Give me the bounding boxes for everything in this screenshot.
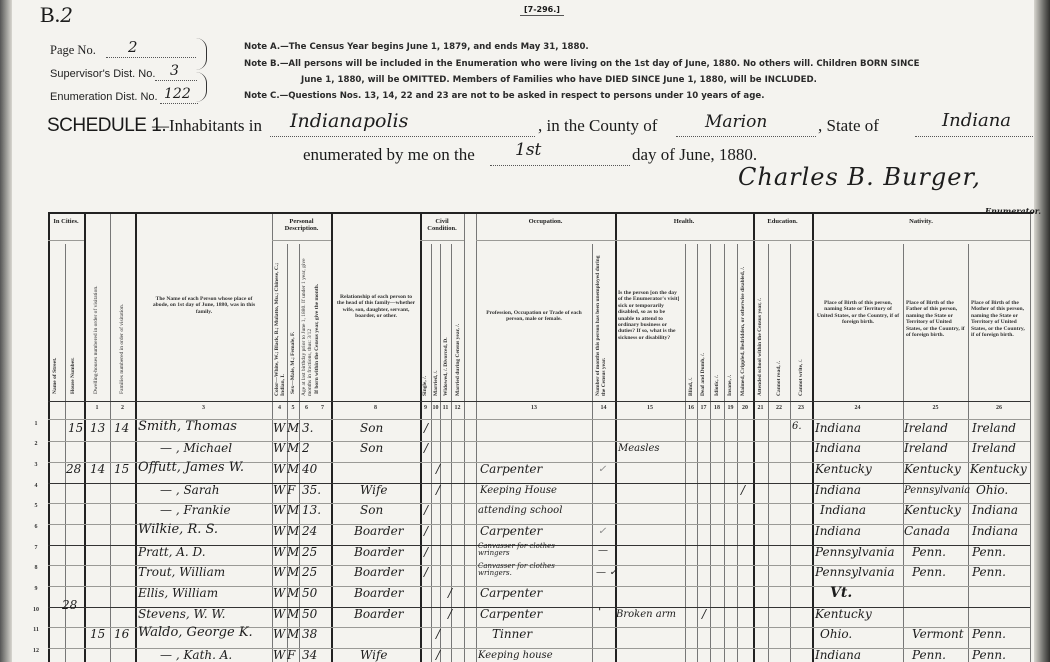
cell-age: 50 xyxy=(302,586,317,600)
colnum-15: 15 xyxy=(615,405,685,411)
note-a: Note A.—The Census Year begins June 1, 1… xyxy=(244,42,589,52)
cell-sex: M xyxy=(287,441,299,455)
cell-age: 25 xyxy=(302,565,317,579)
cell-birthplace: Kentucky xyxy=(815,607,872,621)
corner-letter: B. xyxy=(40,2,60,27)
header-birthplace: Place of Birth of this person, naming St… xyxy=(816,300,900,326)
cell-age: 25 xyxy=(302,545,317,559)
cell-name: Waldo, George K. xyxy=(138,625,253,640)
colnum-8: 8 xyxy=(331,405,420,411)
header-dwelling: Dwelling-houses numbered in order of vis… xyxy=(93,254,99,394)
cell-married: / xyxy=(436,627,440,641)
cell-sex: M xyxy=(287,586,299,600)
header-age: Age at last birthday prior to June 1, 18… xyxy=(301,246,313,396)
cell-mother-birthplace: Ireland xyxy=(972,421,1016,435)
page-edge-left xyxy=(0,0,12,662)
enumeration-label: Enumeration Dist. No. xyxy=(50,91,158,103)
header-house: House Number. xyxy=(70,334,76,394)
cell-color: W xyxy=(273,462,285,476)
cell-color: W xyxy=(273,627,285,641)
supervisor-value: 3 xyxy=(170,63,179,79)
cell-unemployed: ' xyxy=(598,605,601,619)
cell-birthplace: Indiana xyxy=(820,503,866,517)
cell-unemployed: — xyxy=(598,545,608,556)
header-father-birthplace: Place of Birth of the Father of this per… xyxy=(906,300,966,338)
colnum-11: 11 xyxy=(440,405,451,411)
cell-occupation: Carpenter xyxy=(480,586,542,600)
cell-name: Ellis, William xyxy=(138,586,218,600)
cell-sex: F xyxy=(287,648,295,662)
cell-name: Wilkie, R. S. xyxy=(138,522,218,537)
colnum-16: 16 xyxy=(685,405,697,411)
line-number: 7 xyxy=(30,545,42,551)
header-deaf: Deaf and Dumb, /. xyxy=(700,334,706,396)
cell-birthplace: Pennsylvania xyxy=(815,565,895,579)
cell-house: 28 xyxy=(62,598,77,612)
cell-mother-birthplace: Penn. xyxy=(972,565,1006,579)
line-number: 3 xyxy=(30,462,42,468)
cell-birthplace: Ohio. xyxy=(820,627,852,641)
cell-age: 35. xyxy=(302,483,321,497)
cell-father-birthplace: Ireland xyxy=(904,421,948,435)
county-label: , in the County of xyxy=(538,116,657,136)
cell-married: / xyxy=(436,648,440,662)
colnum-2: 2 xyxy=(110,405,135,411)
cell-occupation: Carpenter xyxy=(480,462,542,476)
line-number: 1 xyxy=(30,421,42,427)
enumerator-signature: Charles B. Burger, xyxy=(738,163,981,191)
cell-father-birthplace: Vermont xyxy=(912,627,964,641)
cell-birthplace: Indiana xyxy=(815,483,861,497)
cell-house: 15 xyxy=(68,421,83,435)
cell-birthplace: Vt. xyxy=(830,585,852,601)
cell-single: / xyxy=(424,503,428,517)
line-number: 6 xyxy=(30,524,42,530)
cell-father-birthplace: Canada xyxy=(904,524,950,538)
cell-relationship: Boarder xyxy=(354,524,403,538)
cell-occupation: Keeping House xyxy=(480,485,557,496)
cell-color: W xyxy=(273,565,285,579)
header-occupation: Profession, Occupation or Trade of each … xyxy=(481,310,587,323)
cell-family: 14 xyxy=(114,421,129,435)
cell-relationship: Boarder xyxy=(354,607,403,621)
cell-sex: M xyxy=(287,503,299,517)
colnum-13: 13 xyxy=(476,405,592,411)
line-number: 5 xyxy=(30,503,42,509)
cell-house: 28 xyxy=(66,462,81,476)
colnum-24: 24 xyxy=(812,405,903,411)
cell-cannot-read: 6. xyxy=(792,421,802,432)
cell-mother-birthplace: Penn. xyxy=(972,648,1006,662)
county-value: Marion xyxy=(705,112,767,132)
cell-occupation: Tinner xyxy=(492,627,532,641)
cell-sex: M xyxy=(287,545,299,559)
cell-mother-birthplace: Kentucky xyxy=(970,462,1027,476)
cell-color: W xyxy=(273,503,285,517)
cell-birthplace: Pennsylvania xyxy=(815,545,895,559)
header-married-year: Married during Census year, /. xyxy=(455,274,461,396)
cell-birthplace: Indiana xyxy=(815,524,861,538)
cell-single: / xyxy=(424,421,428,435)
cell-unemployed: ✓ xyxy=(598,526,606,537)
cell-occupation: Canvasser for clothes wringers. xyxy=(478,563,588,577)
cell-name: — , Kath. A. xyxy=(160,648,232,662)
cell-birthplace: Kentucky xyxy=(815,462,872,476)
cell-father-birthplace: Penn. xyxy=(912,565,946,579)
header-school: Attended school within the Census year, … xyxy=(757,269,763,396)
day-value: 1st xyxy=(515,140,541,160)
cell-birthplace: Indiana xyxy=(815,421,861,435)
cell-age: 13. xyxy=(302,503,321,517)
cell-father-birthplace: Ireland xyxy=(904,441,948,455)
cell-occupation: Carpenter xyxy=(480,607,542,621)
cell-color: W xyxy=(273,586,285,600)
line-number: 2 xyxy=(30,441,42,447)
enumeration-value: 122 xyxy=(164,86,191,102)
header-relationship: Relationship of each person to the head … xyxy=(336,294,416,320)
group-occupation: Occupation. xyxy=(476,218,615,225)
group-personal: Personal Description. xyxy=(272,218,331,232)
group-nativity: Nativity. xyxy=(812,218,1030,225)
cell-name: Trout, William xyxy=(138,565,225,579)
cell-occupation: Keeping house xyxy=(478,650,553,661)
note-b-line1: Note B.—All persons will be included in … xyxy=(244,59,919,69)
colnum-7: 7 xyxy=(314,405,331,411)
cell-maimed: / xyxy=(702,607,706,621)
line-number: 12 xyxy=(30,648,42,654)
enumerated-label: enumerated by me on the xyxy=(303,145,475,165)
group-health: Health. xyxy=(615,218,753,225)
cell-color: W xyxy=(273,648,285,662)
header-blind: Blind, /. xyxy=(688,364,694,396)
cell-family: 15 xyxy=(114,462,129,476)
cell-mother-birthplace: Penn. xyxy=(972,545,1006,559)
cell-dwelling: 13 xyxy=(90,421,105,435)
header-single: Single, /. xyxy=(422,364,428,396)
line-number: 8 xyxy=(30,565,42,571)
cell-name: Smith, Thomas xyxy=(138,419,237,434)
cell-sex: M xyxy=(287,462,299,476)
cell-unemployed: ✓ xyxy=(598,464,606,475)
cell-relationship: Son xyxy=(360,441,383,455)
header-sickness: Is the person [on the day of the Enumera… xyxy=(618,290,682,341)
schedule-title: SCHEDULE 1. xyxy=(47,115,166,137)
group-in-cities: In Cities. xyxy=(48,218,84,225)
header-color: Color—White, W.; Black, B.; Mulatto, Mu.… xyxy=(274,246,286,396)
group-civil: Civil Condition. xyxy=(420,218,464,232)
cell-name: — , Michael xyxy=(160,441,232,455)
cell-sex: M xyxy=(287,565,299,579)
cell-sex: M xyxy=(287,421,299,435)
header-insane: Insane, /. xyxy=(727,359,733,396)
cell-color: W xyxy=(273,524,285,538)
colnum-12: 12 xyxy=(451,405,464,411)
cell-name: — , Sarah xyxy=(160,483,219,497)
cell-father-birthplace: Penn. xyxy=(912,545,946,559)
header-name: The Name of each Person whose place of a… xyxy=(148,296,260,315)
cell-name: Stevens, W. W. xyxy=(138,607,225,621)
cell-single: / xyxy=(424,545,428,559)
cell-widowed: / xyxy=(448,607,452,621)
header-family: Families numbered in order of visitation… xyxy=(119,254,125,394)
cell-married: / xyxy=(436,483,440,497)
date-suffix: day of June, 1880. xyxy=(632,145,757,165)
cell-age: 38 xyxy=(302,627,317,641)
cell-father-birthplace: Pennsylvania xyxy=(904,485,970,496)
colnum-20: 20 xyxy=(737,405,753,411)
census-page: B.2 [7-296.] Page No. 2 Supervisor's Dis… xyxy=(0,0,1050,662)
cell-sex: M xyxy=(287,607,299,621)
colnum-18: 18 xyxy=(710,405,724,411)
group-education: Education. xyxy=(753,218,812,225)
cell-age: 50 xyxy=(302,607,317,621)
cell-relationship: Wife xyxy=(360,483,388,497)
page-no-value: 2 xyxy=(128,38,138,56)
header-cannot-write: Cannot write, /. xyxy=(798,344,804,396)
colnum-22: 22 xyxy=(768,405,790,411)
cell-mother-birthplace: Ohio. xyxy=(976,483,1008,497)
colnum-1: 1 xyxy=(84,405,110,411)
cell-dwelling: 15 xyxy=(90,627,105,641)
colnum-4: 4 xyxy=(272,405,287,411)
colnum-25: 25 xyxy=(903,405,968,411)
cell-sickness: Broken arm xyxy=(616,609,676,620)
cell-single: / xyxy=(424,441,428,455)
cell-age: 2 xyxy=(302,441,310,455)
cell-name: Pratt, A. D. xyxy=(138,545,206,559)
cell-family: 16 xyxy=(114,627,129,641)
header-maimed: Maimed, Crippled, Bedridden, or otherwis… xyxy=(740,244,746,396)
note-b-line2: June 1, 1880, will be OMITTED. Members o… xyxy=(301,75,817,85)
cell-relationship: Son xyxy=(360,421,383,435)
cell-mother-birthplace: Indiana xyxy=(972,503,1018,517)
header-street: Name of Street. xyxy=(52,334,58,394)
header-widowed: Widowed, /. Divorced, D. xyxy=(443,314,449,396)
cell-sickness: Measles xyxy=(618,443,660,454)
colnum-10: 10 xyxy=(431,405,440,411)
colnum-14: 14 xyxy=(592,405,615,411)
colnum-17: 17 xyxy=(697,405,710,411)
header-month-born: If born within the Census year, give the… xyxy=(314,254,320,394)
header-married: Married, /. xyxy=(433,354,439,396)
cell-father-birthplace: Kentucky xyxy=(904,462,961,476)
state-label: , State of xyxy=(818,116,879,136)
colnum-9: 9 xyxy=(420,405,431,411)
state-value: Indiana xyxy=(942,110,1011,131)
line-number: 10 xyxy=(30,607,42,613)
cell-name: Offutt, James W. xyxy=(138,460,244,475)
form-number: [7-296.] xyxy=(520,5,564,16)
cell-sex: F xyxy=(287,483,295,497)
colnum-19: 19 xyxy=(724,405,737,411)
cell-relationship: Son xyxy=(360,503,383,517)
page-no-label: Page No. xyxy=(50,43,96,58)
cell-mother-birthplace: Ireland xyxy=(972,441,1016,455)
cell-occupation: attending school xyxy=(478,505,562,516)
cell-relationship: Boarder xyxy=(354,565,403,579)
cell-age: 40 xyxy=(302,462,317,476)
header-mother-birthplace: Place of Birth of the Mother of this per… xyxy=(971,300,1028,338)
cell-mother-birthplace: Penn. xyxy=(972,627,1006,641)
header-sex: Sex—Male, M.; Female, F. xyxy=(290,294,296,394)
cell-father-birthplace: Penn. xyxy=(912,648,946,662)
cell-name: — , Frankie xyxy=(160,503,231,517)
sheet-corner-label: B.2 xyxy=(40,2,73,28)
cell-mother-birthplace: Indiana xyxy=(972,524,1018,538)
header-idiotic: Idiotic, /. xyxy=(714,359,720,396)
cell-sex: M xyxy=(287,524,299,538)
cell-age: 24 xyxy=(302,524,317,538)
supervisor-label: Supervisor's Dist. No. xyxy=(50,68,155,80)
cell-single: / xyxy=(424,524,428,538)
cell-dwelling: 14 xyxy=(90,462,105,476)
cell-single: / xyxy=(424,565,428,579)
colnum-6: 6 xyxy=(299,405,314,411)
cell-birthplace: Indiana xyxy=(815,441,861,455)
corner-number: 2 xyxy=(60,3,73,27)
line-number: 4 xyxy=(30,483,42,489)
colnum-23: 23 xyxy=(790,405,812,411)
cell-married: / xyxy=(436,462,440,476)
line-number: 11 xyxy=(30,627,42,633)
cell-relationship: Boarder xyxy=(354,545,403,559)
cell-sex: M xyxy=(287,627,299,641)
header-cannot-read: Cannot read, /. xyxy=(776,344,782,396)
colnum-3: 3 xyxy=(135,405,272,411)
cell-relationship: Boarder xyxy=(354,586,403,600)
cell-age: 3. xyxy=(302,421,313,435)
note-c: Note C.—Questions Nos. 13, 14, 22 and 23… xyxy=(244,91,764,101)
cell-color: W xyxy=(273,607,285,621)
brace-top xyxy=(196,38,207,70)
page-edge-right xyxy=(1034,0,1050,662)
colnum-26: 26 xyxy=(968,405,1030,411)
inhabitants-label: —Inhabitants in xyxy=(152,116,262,136)
cell-occupation: Canvasser for clothes wringers xyxy=(478,543,588,557)
cell-color: W xyxy=(273,545,285,559)
brace-bottom xyxy=(196,72,207,102)
cell-occupation: Carpenter xyxy=(480,524,542,538)
cell-father-birthplace: Kentucky xyxy=(904,503,961,517)
cell-maimed: / xyxy=(741,483,745,497)
colnum-21: 21 xyxy=(753,405,768,411)
cell-widowed: / xyxy=(448,586,452,600)
cell-color: W xyxy=(273,441,285,455)
cell-color: W xyxy=(273,421,285,435)
cell-birthplace: Indiana xyxy=(815,648,861,662)
line-number: 9 xyxy=(30,586,42,592)
cell-color: W xyxy=(273,483,285,497)
cell-age: 34 xyxy=(302,648,317,662)
city-value: Indianapolis xyxy=(290,110,408,132)
colnum-5: 5 xyxy=(287,405,299,411)
cell-relationship: Wife xyxy=(360,648,388,662)
header-unemployed: Number of months this person has been un… xyxy=(595,254,607,396)
cell-unemployed: — ✓ xyxy=(596,567,618,578)
